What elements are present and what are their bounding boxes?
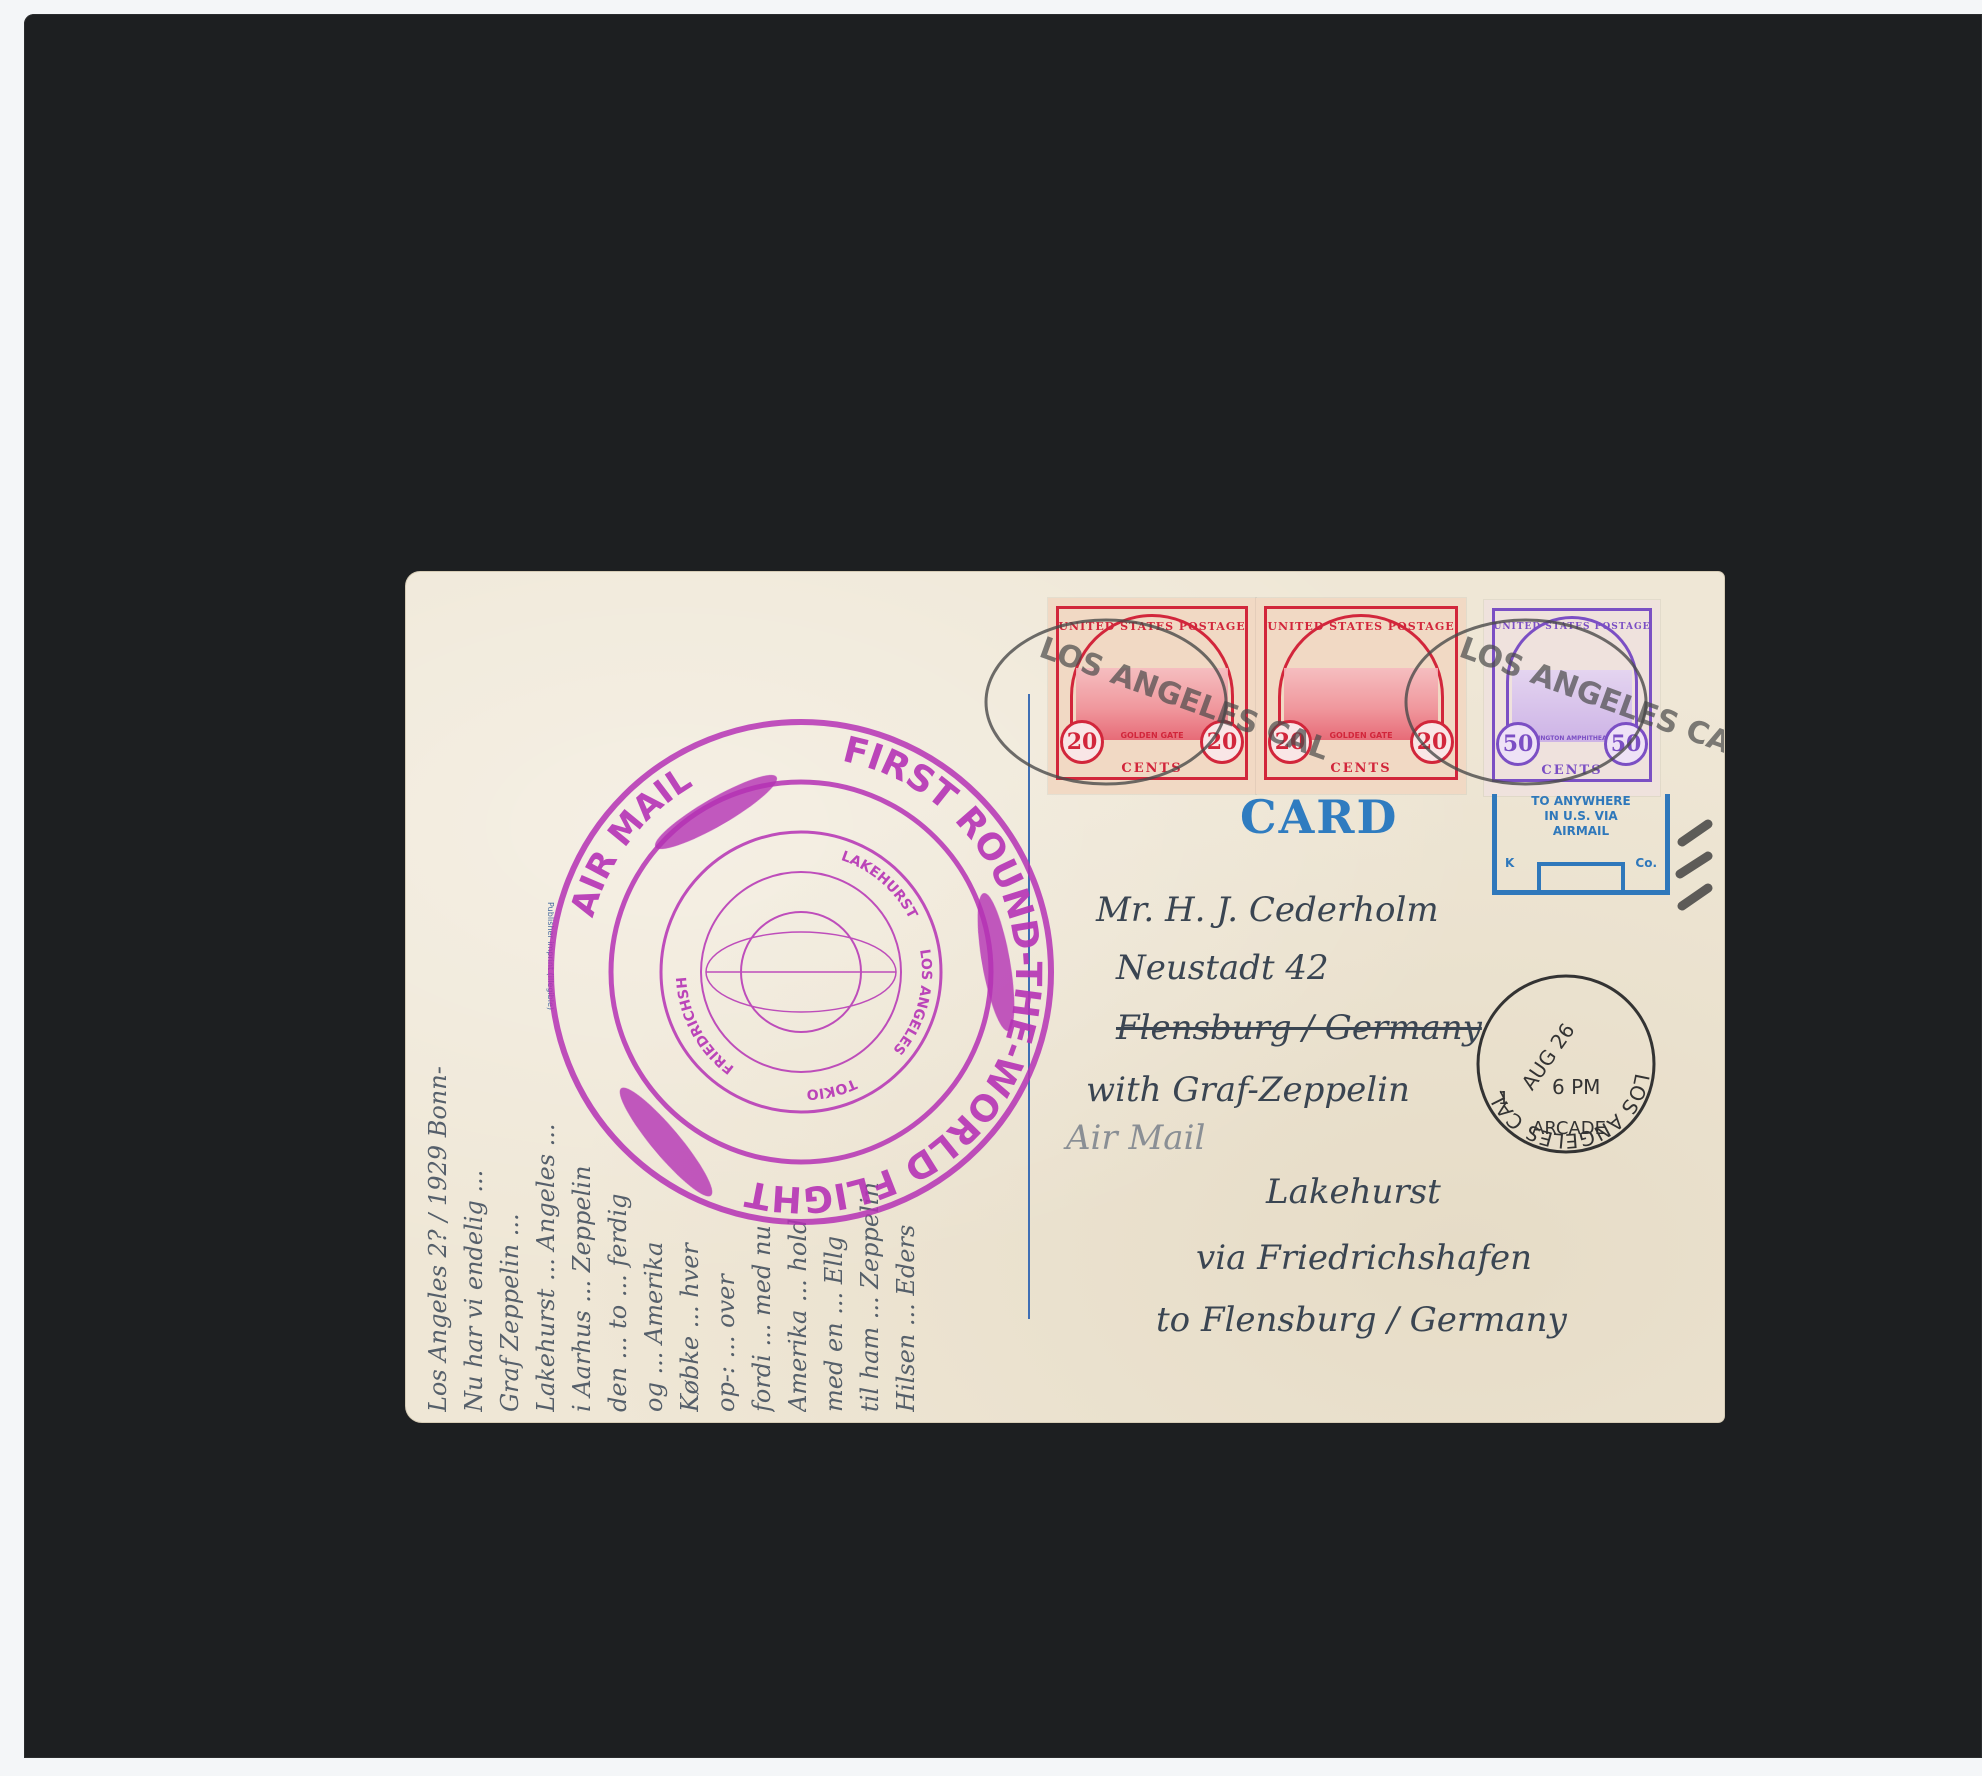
svg-text:ARCADE: ARCADE (1532, 1118, 1606, 1139)
message-line: til ham ... Zeppelin (852, 582, 888, 1412)
postcard: Los Angeles 2? / 1929 Bonn- Nu har vi en… (406, 572, 1724, 1422)
message-line: Nu har vi endelig ... (456, 582, 492, 1412)
card-printed-title: CARD (1240, 790, 1398, 844)
message-line: Los Angeles 2? / 1929 Bonn- (420, 582, 456, 1412)
address-line: Flensburg / Germany (1116, 1008, 1482, 1048)
message-line: Hilsen ... Eders (888, 582, 924, 1412)
address-line: via Friedrichshafen (1196, 1238, 1532, 1278)
message-line: Købke ... hver (672, 582, 708, 1412)
svg-text:1: 1 (1498, 1088, 1509, 1109)
message-line: Graf Zeppelin ... (492, 582, 528, 1412)
card-divider-line (1028, 694, 1030, 1319)
killer-bars-cancel (1674, 802, 1714, 962)
address-line: Neustadt 42 (1116, 948, 1329, 988)
message-line: Amerika ... hold (780, 582, 816, 1412)
message-line: den ... to ... ferdig (600, 582, 636, 1412)
svg-text:LOS ANGELES CAL: LOS ANGELES CAL (1484, 1072, 1655, 1153)
stamp-50c-arlington: UNITED STATES POSTAGE ARLINGTON AMPHITHE… (1484, 600, 1660, 796)
svg-text:6 PM: 6 PM (1552, 1075, 1600, 1099)
message-line: og ... Amerika (636, 582, 672, 1412)
message-line: i Aarhus ... Zeppelin (564, 582, 600, 1412)
svg-text:AUG 26: AUG 26 (1517, 1019, 1580, 1095)
address-line: to Flensburg / Germany (1156, 1300, 1567, 1340)
stamp-20c-golden-gate: UNITED STATES POSTAGE GOLDEN GATE 20 20 … (1256, 598, 1466, 794)
stamp-20c-golden-gate: UNITED STATES POSTAGE GOLDEN GATE 20 20 … (1048, 598, 1256, 794)
message-line: med en ... Ellg (816, 582, 852, 1412)
address-line: Mr. H. J. Cederholm (1096, 890, 1439, 930)
arcade-cds-postmark: LOS ANGELES CAL AUG 26 6 PM ARCADE 1 (1466, 964, 1666, 1164)
message-line: op-: ... over (708, 582, 744, 1412)
address-line: with Graf-Zeppelin (1086, 1070, 1410, 1110)
handwritten-message: Los Angeles 2? / 1929 Bonn- Nu har vi en… (420, 582, 1010, 1412)
airmail-stamp-box: TO ANYWHERE IN U.S. VIA AIRMAIL K Co. (1492, 794, 1670, 895)
message-line: fordi ... med nu (744, 582, 780, 1412)
address-line: Air Mail (1066, 1118, 1205, 1158)
publisher-imprint: Publisher imprint (illegible) (546, 902, 555, 1010)
address-line: Lakehurst (1266, 1172, 1441, 1212)
